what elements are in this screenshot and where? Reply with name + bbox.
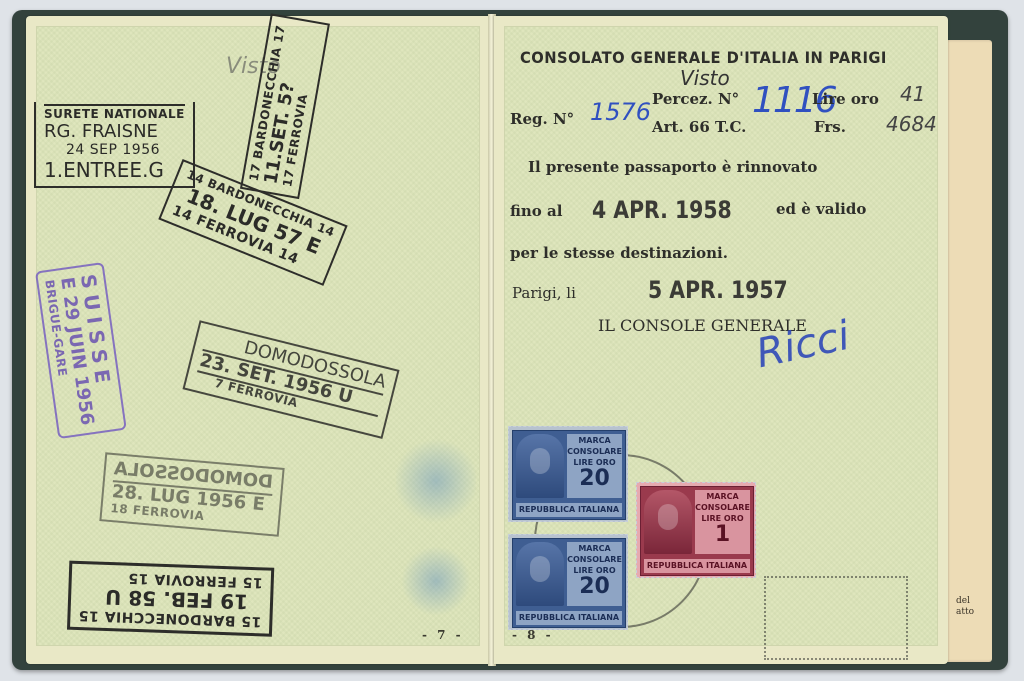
left-page: Visto SURETE NATIONALE RG. FRAISNE 24 SE…	[26, 16, 490, 664]
stamp-frame: MARCA CONSOLARE LIRE ORO 1 REPUBBLICA IT…	[640, 486, 754, 576]
italia-portrait-icon	[516, 434, 564, 498]
stamp-surete-fraisne: SURETE NATIONALE RG. FRAISNE 24 SEP 1956…	[34, 102, 195, 188]
art-label: Art. 66 T.C.	[652, 118, 746, 136]
lire-value: 41	[900, 82, 925, 106]
page-number-left: - 7 -	[422, 628, 464, 642]
revenue-stamp-20-top: MARCA CONSOLARE LIRE ORO 20 REPUBBLICA I…	[508, 426, 628, 522]
renewal-line-2-suffix: ed è valido	[776, 200, 866, 218]
reg-value: 1576	[590, 98, 651, 126]
stamp-subtitle: CONSOLARE	[567, 555, 622, 564]
stamp-value: 20	[567, 467, 622, 491]
insert-text-line: del	[956, 596, 974, 607]
frs-value: 4684	[886, 112, 937, 136]
stamp-frame: MARCA CONSOLARE LIRE ORO 20 REPUBBLICA I…	[512, 430, 626, 520]
frs-label: Frs.	[814, 118, 846, 136]
ink-smudge	[396, 436, 476, 526]
page-number-right: - 8 -	[512, 628, 554, 642]
percez-label: Percez. N°	[652, 90, 739, 108]
revenue-stamp-20-bottom: MARCA CONSOLARE LIRE ORO 20 REPUBBLICA I…	[508, 534, 628, 630]
stamp-bardonecchia-15: 15 BARDONECCHIA 15 19 FEB. 58 U 15 FERRO…	[67, 560, 274, 636]
stamp-country: REPUBBLICA ITALIANA	[644, 559, 750, 573]
insert-text: del atto	[956, 596, 974, 618]
faded-stamp	[764, 576, 908, 660]
revenue-stamp-1: MARCA CONSOLARE LIRE ORO 1 REPUBBLICA IT…	[636, 482, 756, 578]
lire-label: Lire oro	[812, 90, 879, 108]
renewal-line-1: Il presente passaporto è rinnovato	[528, 158, 817, 176]
stamp-panel: MARCA CONSOLARE LIRE ORO 1	[695, 490, 750, 554]
stamp-country: REPUBBLICA ITALIANA	[516, 611, 622, 625]
face	[530, 556, 550, 582]
renewal-line-3: per le stesse destinazioni.	[510, 244, 728, 262]
stamp-line: SURETE NATIONALE	[44, 104, 185, 122]
face	[658, 504, 678, 530]
stamp-title: MARCA	[695, 492, 750, 501]
renewal-line-2-prefix: fino al	[510, 202, 562, 220]
stamp-title: MARCA	[567, 436, 622, 445]
issue-date: 5 APR. 1957	[648, 276, 788, 304]
stamp-subtitle: CONSOLARE	[567, 447, 622, 456]
stamp-country: REPUBBLICA ITALIANA	[516, 503, 622, 517]
stamp-line: 1.ENTREE.G	[44, 159, 185, 182]
valid-until-date: 4 APR. 1958	[592, 196, 732, 224]
stamp-title: MARCA	[567, 544, 622, 553]
italia-portrait-icon	[516, 542, 564, 606]
stamp-panel: MARCA CONSOLARE LIRE ORO 20	[567, 542, 622, 606]
right-page: CONSOLATO GENERALE D'ITALIA IN PARIGI Vi…	[494, 16, 948, 664]
consulate-header-stamp: CONSOLATO GENERALE D'ITALIA IN PARIGI	[520, 48, 887, 67]
stamp-value: 1	[695, 523, 750, 547]
italia-portrait-icon	[644, 490, 692, 554]
stamp-line: RG. FRAISNE	[44, 122, 185, 143]
place-label: Parigi, li	[512, 284, 576, 302]
ink-smudge	[401, 546, 471, 616]
stamp-subtitle: CONSOLARE	[695, 503, 750, 512]
stamp-value: 20	[567, 575, 622, 599]
visto-mark: Visto	[680, 66, 730, 90]
face	[530, 448, 550, 474]
reg-label: Reg. N°	[510, 110, 574, 128]
insert-text-line: atto	[956, 607, 974, 618]
stamp-panel: MARCA CONSOLARE LIRE ORO 20	[567, 434, 622, 498]
stamp-line: 24 SEP 1956	[44, 142, 185, 158]
stamp-frame: MARCA CONSOLARE LIRE ORO 20 REPUBBLICA I…	[512, 538, 626, 628]
